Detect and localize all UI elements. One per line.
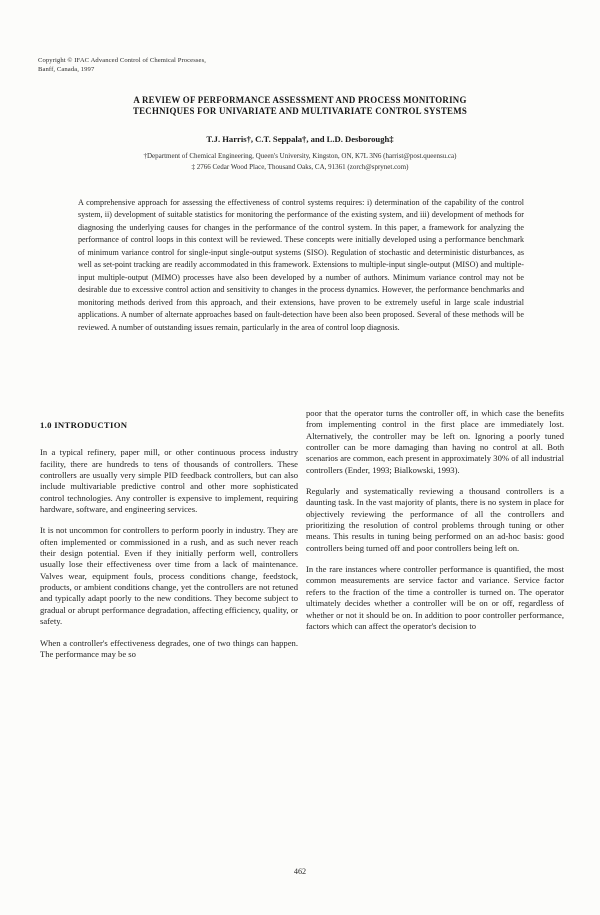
body-columns: 1.0 INTRODUCTION In a typical refinery, … (40, 408, 564, 670)
paper-title: A REVIEW OF PERFORMANCE ASSESSMENT AND P… (0, 95, 600, 117)
left-paragraph-1: In a typical refinery, paper mill, or ot… (40, 447, 298, 515)
copyright-line-2: Banff, Canada, 1997 (38, 66, 206, 75)
affiliation-2: ‡ 2766 Cedar Wood Place, Thousand Oaks, … (0, 162, 600, 173)
copyright-notice: Copyright © IFAC Advanced Control of Che… (38, 57, 206, 74)
paper-page: Copyright © IFAC Advanced Control of Che… (0, 0, 600, 915)
right-column: poor that the operator turns the control… (306, 408, 564, 670)
abstract-text: A comprehensive approach for assessing t… (78, 197, 524, 334)
left-paragraph-2: It is not uncommon for controllers to pe… (40, 525, 298, 627)
left-column: 1.0 INTRODUCTION In a typical refinery, … (40, 408, 298, 670)
right-paragraph-1: poor that the operator turns the control… (306, 408, 564, 476)
copyright-line-1: Copyright © IFAC Advanced Control of Che… (38, 57, 206, 66)
title-line-2: TECHNIQUES FOR UNIVARIATE AND MULTIVARIA… (0, 106, 600, 117)
left-paragraph-3: When a controller's effectiveness degrad… (40, 638, 298, 661)
right-paragraph-2: Regularly and systematically reviewing a… (306, 486, 564, 554)
authors-line: T.J. Harris†, C.T. Seppala†, and L.D. De… (0, 134, 600, 144)
section-heading-introduction: 1.0 INTRODUCTION (40, 420, 298, 431)
right-paragraph-3: In the rare instances where controller p… (306, 564, 564, 632)
title-line-1: A REVIEW OF PERFORMANCE ASSESSMENT AND P… (0, 95, 600, 106)
affiliation-1: †Department of Chemical Engineering, Que… (0, 151, 600, 162)
affiliations: †Department of Chemical Engineering, Que… (0, 151, 600, 173)
page-number: 462 (0, 867, 600, 876)
